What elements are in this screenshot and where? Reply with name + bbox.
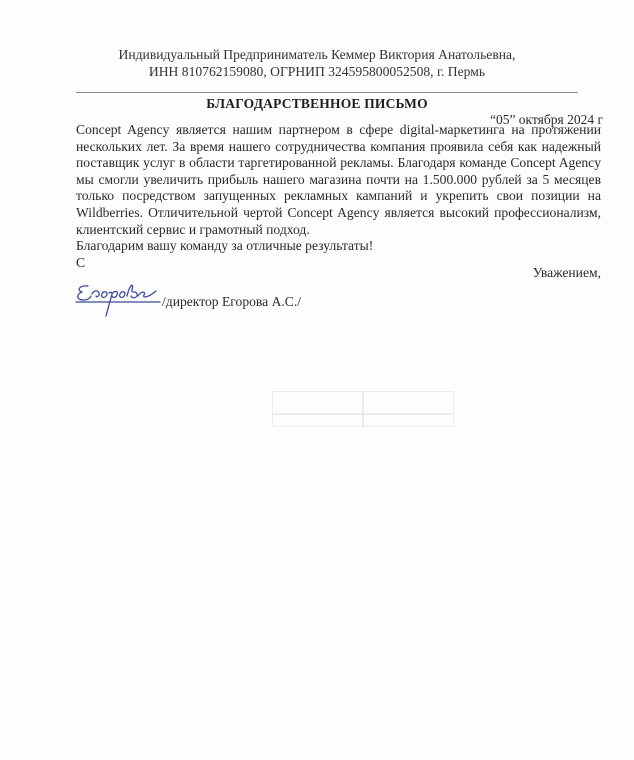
letter-body: Concept Agency является нашим партнером …	[76, 122, 601, 238]
letter-title: БЛАГОДАРСТВЕННОЕ ПИСЬМО	[0, 96, 634, 112]
bleed-through-table-cell	[362, 413, 454, 427]
letterhead-divider	[76, 92, 578, 93]
thanks-line: Благодарим вашу команду за отличные резу…	[76, 238, 601, 255]
letter-page: Индивидуальный Предприниматель Кеммер Ви…	[0, 0, 634, 760]
closing-regards: Уважением,	[533, 265, 601, 281]
bleed-through-table-cell	[272, 391, 364, 415]
bleed-through-table-cell	[362, 391, 454, 415]
handwritten-signature-icon	[74, 280, 164, 320]
closing-prefix: С	[76, 255, 601, 272]
letterhead-name: Индивидуальный Предприниматель Кеммер Ви…	[0, 46, 634, 63]
signer-name: /директор Егорова А.С./	[162, 294, 301, 310]
signature-block: /директор Егорова А.С./	[74, 280, 334, 320]
letterhead-registration: ИНН 810762159080, ОГРНИП 324595800052508…	[0, 63, 634, 80]
bleed-through-table-cell	[272, 413, 364, 427]
letter-closing: Благодарим вашу команду за отличные резу…	[76, 238, 601, 271]
